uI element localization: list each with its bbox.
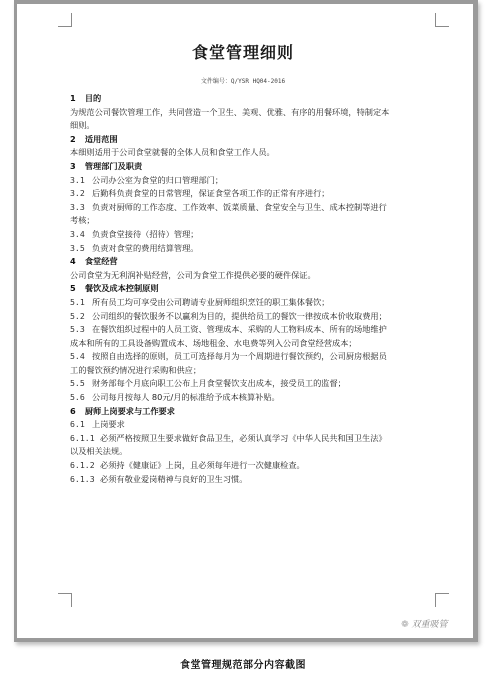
paragraph: 公司食堂为无利润补贴经营，公司为食堂工作提供必要的硬件保证。 [70, 269, 430, 283]
paragraph: 本细则适用于公司食堂就餐的全体人员和食堂工作人员。 [70, 146, 430, 160]
corner-mark-bottom-right [435, 593, 449, 607]
paragraph-continuation: 细则。 [70, 119, 430, 133]
list-item: 5.5财务部每个月底向职工公布上月食堂餐饮支出成本，接受员工的监督； [70, 377, 430, 391]
list-item: 3.5负责对食堂的费用结算管理。 [70, 242, 430, 256]
document-number: 文件编号：Q/YSR HQ04-2016 [0, 76, 486, 85]
corner-mark-bottom-left [58, 593, 72, 607]
document-body: 1 目的 为规范公司餐饮管理工作，共同营造一个卫生、美观、优雅、有序的用餐环境，… [70, 92, 430, 486]
list-item: 3.1公司办公室为食堂的归口管理部门； [70, 174, 430, 188]
section-heading: 3 管理部门及职责 [70, 160, 430, 174]
list-item-continuation: 考核； [70, 214, 430, 228]
list-item: 3.4负责食堂接待（招待）管理； [70, 228, 430, 242]
section-heading: 1 目的 [70, 92, 430, 106]
list-item: 6.1.3必须有敬业爱岗精神与良好的卫生习惯。 [70, 473, 430, 487]
section-heading: 6 厨师上岗要求与工作要求 [70, 405, 430, 419]
list-item-continuation: 工的餐饮预约情况进行采购和供应； [70, 364, 430, 378]
section-heading: 4 食堂经营 [70, 255, 430, 269]
image-caption: 食堂管理规范部分内容截图 [0, 656, 486, 671]
document-title: 食堂管理细则 [0, 40, 486, 63]
list-item: 6.1.1必须严格按照卫生要求做好食品卫生，必须认真学习《中华人民共和国卫生法》 [70, 432, 430, 446]
list-item: 3.2后勤科负责食堂的日常管理，保证食堂各项工作的正常有序进行； [70, 187, 430, 201]
list-item-continuation: 成本和所有的工具设备购置成本、场地租金、水电费等列入公司食堂经营成本； [70, 337, 430, 351]
list-item: 6.1上岗要求 [70, 418, 430, 432]
list-item: 6.1.2必须持《健康证》上岗，且必须每年进行一次健康检查。 [70, 459, 430, 473]
list-item: 5.4按照自由选择的原则，员工可选择每月为一个周期进行餐饮预约，公司厨房根据员 [70, 350, 430, 364]
list-item: 5.3在餐饮组织过程中的人员工资、管理成本、采购的人工物料成本、所有的场地维护 [70, 323, 430, 337]
list-item: 3.3负责对厨师的工作态度、工作效率、饭菜质量、食堂安全与卫生、成本控制等进行 [70, 201, 430, 215]
list-item: 5.1所有员工均可享受由公司聘请专业厨师组织烹饪的职工集体餐饮； [70, 296, 430, 310]
corner-mark-top-left [58, 13, 72, 27]
watermark-text: 双重吸管 [412, 620, 448, 630]
watermark: ❁双重吸管 [401, 617, 448, 630]
section-heading: 5 餐饮及成本控制原则 [70, 282, 430, 296]
list-item: 5.2公司组织的餐饮服务不以赢利为目的，提供给员工的餐饮一律按成本价收取费用； [70, 310, 430, 324]
wechat-icon: ❁ [401, 620, 409, 630]
list-item: 5.6公司每月按每人 80元/月的标准给予成本核算补贴。 [70, 391, 430, 405]
corner-mark-top-right [435, 13, 449, 27]
paragraph: 为规范公司餐饮管理工作，共同营造一个卫生、美观、优雅、有序的用餐环境，特制定本 [70, 106, 430, 120]
list-item-continuation: 以及相关法规。 [70, 445, 430, 459]
section-heading: 2 适用范围 [70, 133, 430, 147]
